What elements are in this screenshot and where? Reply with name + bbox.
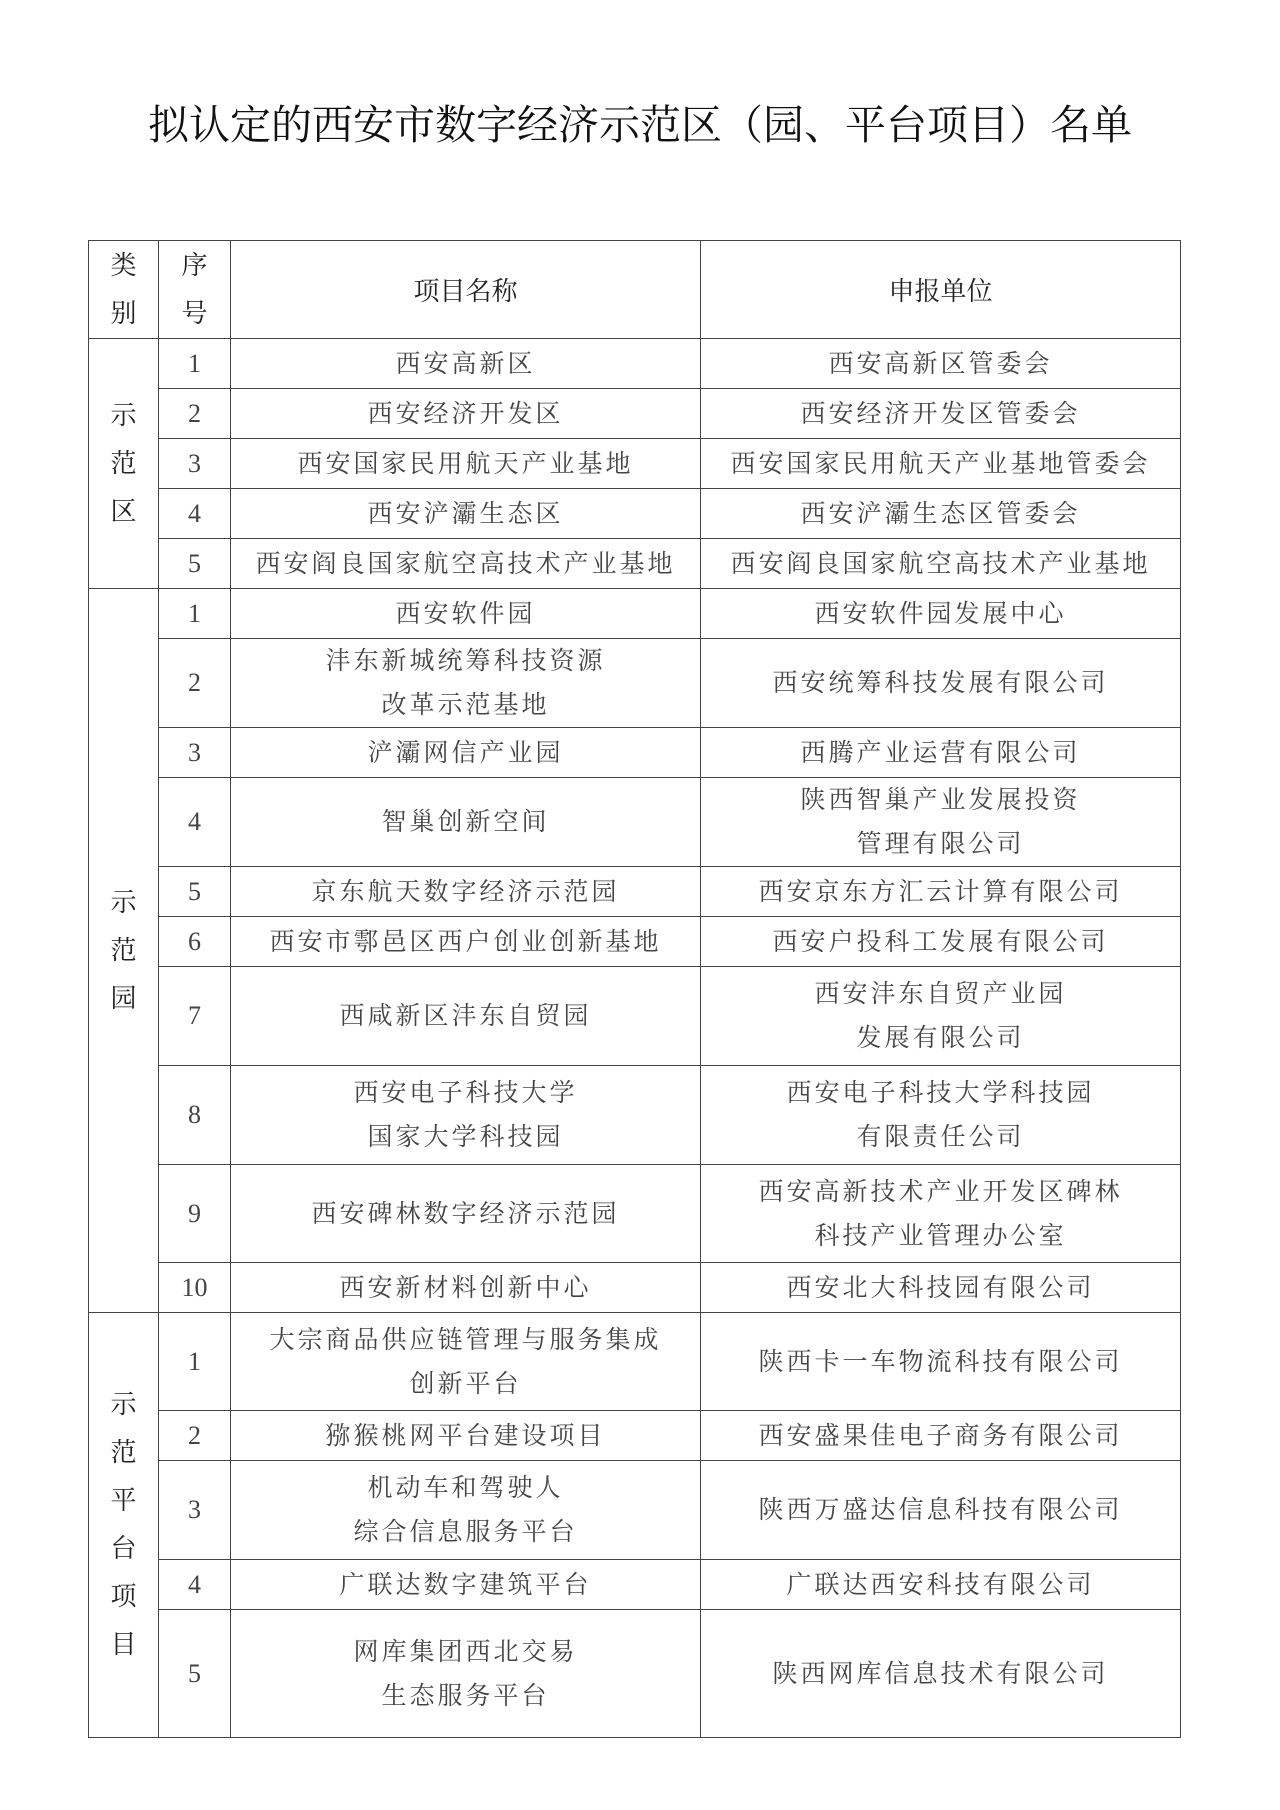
applicant-unit-line: 陕西智巢产业发展投资 xyxy=(701,778,1180,822)
applicant-unit-line: 西安京东方汇云计算有限公司 xyxy=(701,870,1180,914)
project-name-line: 智巢创新空间 xyxy=(231,800,700,844)
index-cell: 5 xyxy=(159,539,231,589)
applicant-unit-cell: 西安浐灞生态区管委会 xyxy=(701,489,1181,539)
project-name-line: 西安市鄠邑区西户创业创新基地 xyxy=(231,920,700,964)
table-header-row: 类别 序号 项目名称 申报单位 xyxy=(89,241,1181,339)
table-row: 示范平台项目1大宗商品供应链管理与服务集成创新平台陕西卡一车物流科技有限公司 xyxy=(89,1313,1181,1411)
applicant-unit-line: 西腾产业运营有限公司 xyxy=(701,731,1180,775)
applicant-unit-line: 西安沣东自贸产业园 xyxy=(701,972,1180,1016)
table-row: 示范区1西安高新区西安高新区管委会 xyxy=(89,339,1181,389)
project-name-line: 西安浐灞生态区 xyxy=(231,492,700,536)
applicant-unit-cell: 西安北大科技园有限公司 xyxy=(701,1263,1181,1313)
applicant-unit-line: 广联达西安科技有限公司 xyxy=(701,1563,1180,1607)
applicant-unit-line: 西安统筹科技发展有限公司 xyxy=(701,661,1180,705)
project-name-cell: 京东航天数字经济示范园 xyxy=(231,867,701,917)
header-project-name: 项目名称 xyxy=(231,241,701,339)
category-cell: 示范区 xyxy=(89,339,159,589)
applicant-unit-line: 发展有限公司 xyxy=(701,1016,1180,1060)
applicant-unit-line: 西安电子科技大学科技园 xyxy=(701,1071,1180,1115)
applicant-unit-cell: 西安高新技术产业开发区碑林科技产业管理办公室 xyxy=(701,1165,1181,1263)
index-cell: 4 xyxy=(159,778,231,867)
project-name-line: 西安电子科技大学 xyxy=(231,1071,700,1115)
table-row: 5京东航天数字经济示范园西安京东方汇云计算有限公司 xyxy=(89,867,1181,917)
applicant-unit-line: 有限责任公司 xyxy=(701,1115,1180,1159)
project-name-cell: 西安新材料创新中心 xyxy=(231,1263,701,1313)
index-cell: 5 xyxy=(159,1610,231,1738)
project-name-cell: 西安高新区 xyxy=(231,339,701,389)
applicant-unit-cell: 广联达西安科技有限公司 xyxy=(701,1560,1181,1610)
project-name-line: 机动车和驾驶人 xyxy=(231,1466,700,1510)
project-name-cell: 浐灞网信产业园 xyxy=(231,728,701,778)
project-name-cell: 西安国家民用航天产业基地 xyxy=(231,439,701,489)
project-name-line: 猕猴桃网平台建设项目 xyxy=(231,1414,700,1458)
project-name-line: 改革示范基地 xyxy=(231,683,700,727)
applicant-unit-line: 西安高新区管委会 xyxy=(701,342,1180,386)
index-cell: 4 xyxy=(159,1560,231,1610)
category-cell: 示范园 xyxy=(89,589,159,1313)
table-row: 3机动车和驾驶人综合信息服务平台陕西万盛达信息科技有限公司 xyxy=(89,1461,1181,1560)
table-row: 3浐灞网信产业园西腾产业运营有限公司 xyxy=(89,728,1181,778)
project-name-line: 西安国家民用航天产业基地 xyxy=(231,442,700,486)
header-index: 序号 xyxy=(159,241,231,339)
category-cell: 示范平台项目 xyxy=(89,1313,159,1738)
applicant-unit-line: 西安浐灞生态区管委会 xyxy=(701,492,1180,536)
project-name-cell: 沣东新城统筹科技资源改革示范基地 xyxy=(231,639,701,728)
project-name-cell: 西安电子科技大学国家大学科技园 xyxy=(231,1066,701,1165)
applicant-unit-cell: 西安京东方汇云计算有限公司 xyxy=(701,867,1181,917)
project-name-cell: 智巢创新空间 xyxy=(231,778,701,867)
applicant-unit-cell: 西安沣东自贸产业园发展有限公司 xyxy=(701,967,1181,1066)
project-name-line: 西安碑林数字经济示范园 xyxy=(231,1192,700,1236)
project-name-cell: 大宗商品供应链管理与服务集成创新平台 xyxy=(231,1313,701,1411)
project-name-line: 京东航天数字经济示范园 xyxy=(231,870,700,914)
table-row: 4广联达数字建筑平台广联达西安科技有限公司 xyxy=(89,1560,1181,1610)
applicant-unit-cell: 西安盛果佳电子商务有限公司 xyxy=(701,1411,1181,1461)
table-row: 5西安阎良国家航空高技术产业基地西安阎良国家航空高技术产业基地 xyxy=(89,539,1181,589)
index-cell: 2 xyxy=(159,389,231,439)
table-row: 2西安经济开发区西安经济开发区管委会 xyxy=(89,389,1181,439)
applicant-unit-cell: 西安户投科工发展有限公司 xyxy=(701,917,1181,967)
project-name-line: 生态服务平台 xyxy=(231,1674,700,1718)
applicant-unit-cell: 西安国家民用航天产业基地管委会 xyxy=(701,439,1181,489)
applicant-unit-line: 西安国家民用航天产业基地管委会 xyxy=(701,442,1180,486)
applicant-unit-cell: 西安阎良国家航空高技术产业基地 xyxy=(701,539,1181,589)
applicant-unit-cell: 西腾产业运营有限公司 xyxy=(701,728,1181,778)
table-row: 2沣东新城统筹科技资源改革示范基地西安统筹科技发展有限公司 xyxy=(89,639,1181,728)
applicant-unit-line: 西安高新技术产业开发区碑林 xyxy=(701,1170,1180,1214)
index-cell: 10 xyxy=(159,1263,231,1313)
applicant-unit-line: 陕西卡一车物流科技有限公司 xyxy=(701,1340,1180,1384)
project-name-cell: 西咸新区沣东自贸园 xyxy=(231,967,701,1066)
table-row: 示范园1西安软件园西安软件园发展中心 xyxy=(89,589,1181,639)
project-name-cell: 西安浐灞生态区 xyxy=(231,489,701,539)
document-title: 拟认定的西安市数字经济示范区（园、平台项目）名单 xyxy=(0,92,1280,151)
applicant-unit-cell: 西安高新区管委会 xyxy=(701,339,1181,389)
applicant-unit-line: 西安盛果佳电子商务有限公司 xyxy=(701,1414,1180,1458)
index-cell: 6 xyxy=(159,917,231,967)
applicant-unit-cell: 陕西智巢产业发展投资管理有限公司 xyxy=(701,778,1181,867)
applicant-unit-cell: 西安电子科技大学科技园有限责任公司 xyxy=(701,1066,1181,1165)
project-name-line: 西安阎良国家航空高技术产业基地 xyxy=(231,542,700,586)
applicant-unit-line: 陕西网库信息技术有限公司 xyxy=(701,1652,1180,1696)
table-row: 9西安碑林数字经济示范园西安高新技术产业开发区碑林科技产业管理办公室 xyxy=(89,1165,1181,1263)
project-name-cell: 西安阎良国家航空高技术产业基地 xyxy=(231,539,701,589)
applicant-unit-line: 科技产业管理办公室 xyxy=(701,1214,1180,1258)
table-row: 10西安新材料创新中心西安北大科技园有限公司 xyxy=(89,1263,1181,1313)
project-name-cell: 猕猴桃网平台建设项目 xyxy=(231,1411,701,1461)
project-name-line: 西安经济开发区 xyxy=(231,392,700,436)
index-cell: 1 xyxy=(159,339,231,389)
index-cell: 1 xyxy=(159,1313,231,1411)
project-name-cell: 广联达数字建筑平台 xyxy=(231,1560,701,1610)
table-row: 2猕猴桃网平台建设项目西安盛果佳电子商务有限公司 xyxy=(89,1411,1181,1461)
index-cell: 3 xyxy=(159,439,231,489)
applicant-unit-cell: 陕西万盛达信息科技有限公司 xyxy=(701,1461,1181,1560)
demonstration-list-table: 类别 序号 项目名称 申报单位 示范区1西安高新区西安高新区管委会2西安经济开发… xyxy=(88,240,1181,1738)
table-row: 7西咸新区沣东自贸园西安沣东自贸产业园发展有限公司 xyxy=(89,967,1181,1066)
applicant-unit-cell: 西安软件园发展中心 xyxy=(701,589,1181,639)
project-name-line: 西安高新区 xyxy=(231,342,700,386)
applicant-unit-cell: 西安经济开发区管委会 xyxy=(701,389,1181,439)
project-name-line: 西咸新区沣东自贸园 xyxy=(231,994,700,1038)
project-name-line: 西安软件园 xyxy=(231,592,700,636)
project-name-cell: 西安软件园 xyxy=(231,589,701,639)
project-name-cell: 西安市鄠邑区西户创业创新基地 xyxy=(231,917,701,967)
header-category: 类别 xyxy=(89,241,159,339)
table-row: 5网库集团西北交易生态服务平台陕西网库信息技术有限公司 xyxy=(89,1610,1181,1738)
applicant-unit-line: 陕西万盛达信息科技有限公司 xyxy=(701,1488,1180,1532)
applicant-unit-line: 西安户投科工发展有限公司 xyxy=(701,920,1180,964)
index-cell: 2 xyxy=(159,1411,231,1461)
applicant-unit-line: 西安经济开发区管委会 xyxy=(701,392,1180,436)
table-row: 8西安电子科技大学国家大学科技园西安电子科技大学科技园有限责任公司 xyxy=(89,1066,1181,1165)
index-cell: 9 xyxy=(159,1165,231,1263)
index-cell: 2 xyxy=(159,639,231,728)
index-cell: 5 xyxy=(159,867,231,917)
project-name-cell: 西安经济开发区 xyxy=(231,389,701,439)
project-name-cell: 机动车和驾驶人综合信息服务平台 xyxy=(231,1461,701,1560)
project-name-line: 网库集团西北交易 xyxy=(231,1630,700,1674)
table-row: 3西安国家民用航天产业基地西安国家民用航天产业基地管委会 xyxy=(89,439,1181,489)
applicant-unit-cell: 陕西卡一车物流科技有限公司 xyxy=(701,1313,1181,1411)
index-cell: 4 xyxy=(159,489,231,539)
project-name-cell: 西安碑林数字经济示范园 xyxy=(231,1165,701,1263)
index-cell: 3 xyxy=(159,728,231,778)
project-name-line: 广联达数字建筑平台 xyxy=(231,1563,700,1607)
index-cell: 3 xyxy=(159,1461,231,1560)
project-name-line: 创新平台 xyxy=(231,1362,700,1406)
table-row: 4智巢创新空间陕西智巢产业发展投资管理有限公司 xyxy=(89,778,1181,867)
project-name-line: 浐灞网信产业园 xyxy=(231,731,700,775)
index-cell: 1 xyxy=(159,589,231,639)
applicant-unit-cell: 陕西网库信息技术有限公司 xyxy=(701,1610,1181,1738)
table-body: 示范区1西安高新区西安高新区管委会2西安经济开发区西安经济开发区管委会3西安国家… xyxy=(89,339,1181,1738)
applicant-unit-line: 西安北大科技园有限公司 xyxy=(701,1266,1180,1310)
applicant-unit-line: 西安软件园发展中心 xyxy=(701,592,1180,636)
project-name-line: 西安新材料创新中心 xyxy=(231,1266,700,1310)
project-name-line: 大宗商品供应链管理与服务集成 xyxy=(231,1318,700,1362)
header-applicant-unit: 申报单位 xyxy=(701,241,1181,339)
project-name-line: 沣东新城统筹科技资源 xyxy=(231,639,700,683)
applicant-unit-line: 西安阎良国家航空高技术产业基地 xyxy=(701,542,1180,586)
project-name-line: 综合信息服务平台 xyxy=(231,1510,700,1554)
index-cell: 8 xyxy=(159,1066,231,1165)
table-row: 4西安浐灞生态区西安浐灞生态区管委会 xyxy=(89,489,1181,539)
applicant-unit-cell: 西安统筹科技发展有限公司 xyxy=(701,639,1181,728)
project-name-line: 国家大学科技园 xyxy=(231,1115,700,1159)
index-cell: 7 xyxy=(159,967,231,1066)
applicant-unit-line: 管理有限公司 xyxy=(701,822,1180,866)
project-name-cell: 网库集团西北交易生态服务平台 xyxy=(231,1610,701,1738)
table-row: 6西安市鄠邑区西户创业创新基地西安户投科工发展有限公司 xyxy=(89,917,1181,967)
